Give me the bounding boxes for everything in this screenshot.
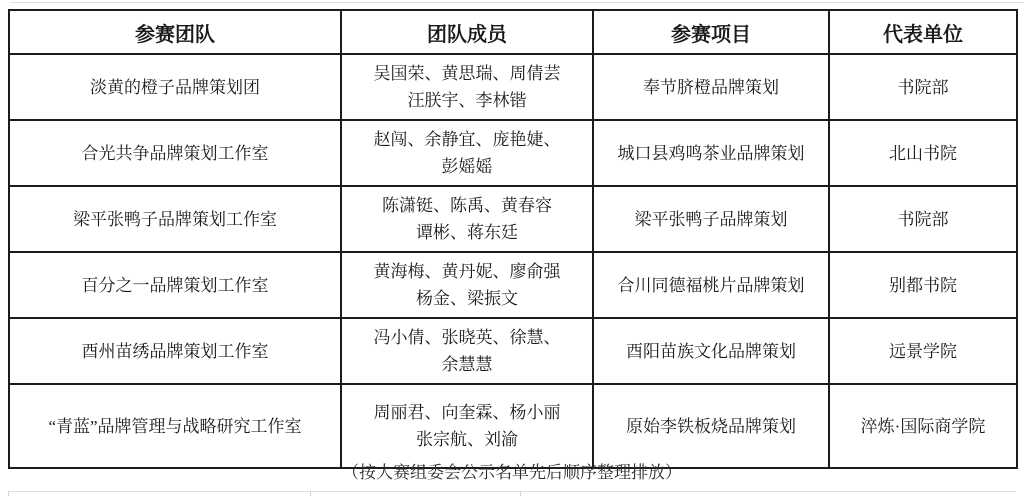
top-divider-line	[10, 2, 1024, 3]
members-line-1: 陈潇铤、陈禹、黄春容	[348, 192, 586, 219]
table-header-row: 参赛团队 团队成员 参赛项目 代表单位	[9, 10, 1017, 54]
project-cell: 梁平张鸭子品牌策划	[593, 186, 829, 252]
members-line-2: 张宗航、刘渝	[348, 426, 586, 453]
document-page: 参赛团队 团队成员 参赛项目 代表单位 淡黄的橙子品牌策划团 吴国荣、黄思瑞、周…	[0, 0, 1024, 496]
members-cell: 黄海梅、黄丹妮、廖俞强 杨金、梁振文	[341, 252, 593, 318]
members-line-2: 彭媱媱	[348, 153, 586, 180]
project-cell: 城口县鸡鸣茶业品牌策划	[593, 120, 829, 186]
project-cell: 奉节脐橙品牌策划	[593, 54, 829, 120]
next-table-edge-stub	[520, 491, 521, 496]
members-cell: 冯小倩、张晓英、徐慧、 余慧慧	[341, 318, 593, 384]
team-cell: 淡黄的橙子品牌策划团	[9, 54, 341, 120]
table-row: 梁平张鸭子品牌策划工作室 陈潇铤、陈禹、黄春容 谭彬、蒋东廷 梁平张鸭子品牌策划…	[9, 186, 1017, 252]
members-line-1: 吴国荣、黄思瑞、周倩芸	[348, 60, 586, 87]
unit-cell: 书院部	[829, 54, 1017, 120]
members-line-1: 赵闯、余静宜、庞艳婕、	[348, 126, 586, 153]
unit-cell: 书院部	[829, 186, 1017, 252]
unit-cell: 北山书院	[829, 120, 1017, 186]
members-line-2: 余慧慧	[348, 351, 586, 378]
table-row: 酉州苗绣品牌策划工作室 冯小倩、张晓英、徐慧、 余慧慧 酉阳苗族文化品牌策划 远…	[9, 318, 1017, 384]
members-line-2: 杨金、梁振文	[348, 285, 586, 312]
header-row: 参赛团队 团队成员 参赛项目 代表单位	[9, 10, 1017, 54]
members-cell: 赵闯、余静宜、庞艳婕、 彭媱媱	[341, 120, 593, 186]
next-table-edge-stub	[310, 491, 311, 496]
members-line-1: 冯小倩、张晓英、徐慧、	[348, 324, 586, 351]
table-row: 淡黄的橙子品牌策划团 吴国荣、黄思瑞、周倩芸 汪朕宇、李林锴 奉节脐橙品牌策划 …	[9, 54, 1017, 120]
next-table-edge-stub	[8, 491, 9, 496]
table-footnote: （按大赛组委会公示名单先后顺序整理排放）	[8, 455, 1016, 491]
members-cell: 吴国荣、黄思瑞、周倩芸 汪朕宇、李林锴	[341, 54, 593, 120]
project-cell: 合川同德福桃片品牌策划	[593, 252, 829, 318]
team-cell: 百分之一品牌策划工作室	[9, 252, 341, 318]
bottom-divider-line	[8, 491, 1016, 492]
members-line-1: 黄海梅、黄丹妮、廖俞强	[348, 258, 586, 285]
unit-cell: 远景学院	[829, 318, 1017, 384]
team-cell: 酉州苗绣品牌策划工作室	[9, 318, 341, 384]
header-cell-team: 参赛团队	[9, 10, 341, 54]
team-cell: 梁平张鸭子品牌策划工作室	[9, 186, 341, 252]
members-cell: 陈潇铤、陈禹、黄春容 谭彬、蒋东廷	[341, 186, 593, 252]
header-cell-project: 参赛项目	[593, 10, 829, 54]
project-cell: 酉阳苗族文化品牌策划	[593, 318, 829, 384]
table-row: 合光共争品牌策划工作室 赵闯、余静宜、庞艳婕、 彭媱媱 城口县鸡鸣茶业品牌策划 …	[9, 120, 1017, 186]
teams-table: 参赛团队 团队成员 参赛项目 代表单位 淡黄的橙子品牌策划团 吴国荣、黄思瑞、周…	[8, 9, 1018, 469]
header-cell-unit: 代表单位	[829, 10, 1017, 54]
team-cell: 合光共争品牌策划工作室	[9, 120, 341, 186]
table-body: 淡黄的橙子品牌策划团 吴国荣、黄思瑞、周倩芸 汪朕宇、李林锴 奉节脐橙品牌策划 …	[9, 54, 1017, 468]
unit-cell: 别都书院	[829, 252, 1017, 318]
members-line-2: 谭彬、蒋东廷	[348, 219, 586, 246]
members-line-1: 周丽君、向奎霖、杨小丽	[348, 399, 586, 426]
table-row: 百分之一品牌策划工作室 黄海梅、黄丹妮、廖俞强 杨金、梁振文 合川同德福桃片品牌…	[9, 252, 1017, 318]
header-cell-members: 团队成员	[341, 10, 593, 54]
members-line-2: 汪朕宇、李林锴	[348, 87, 586, 114]
